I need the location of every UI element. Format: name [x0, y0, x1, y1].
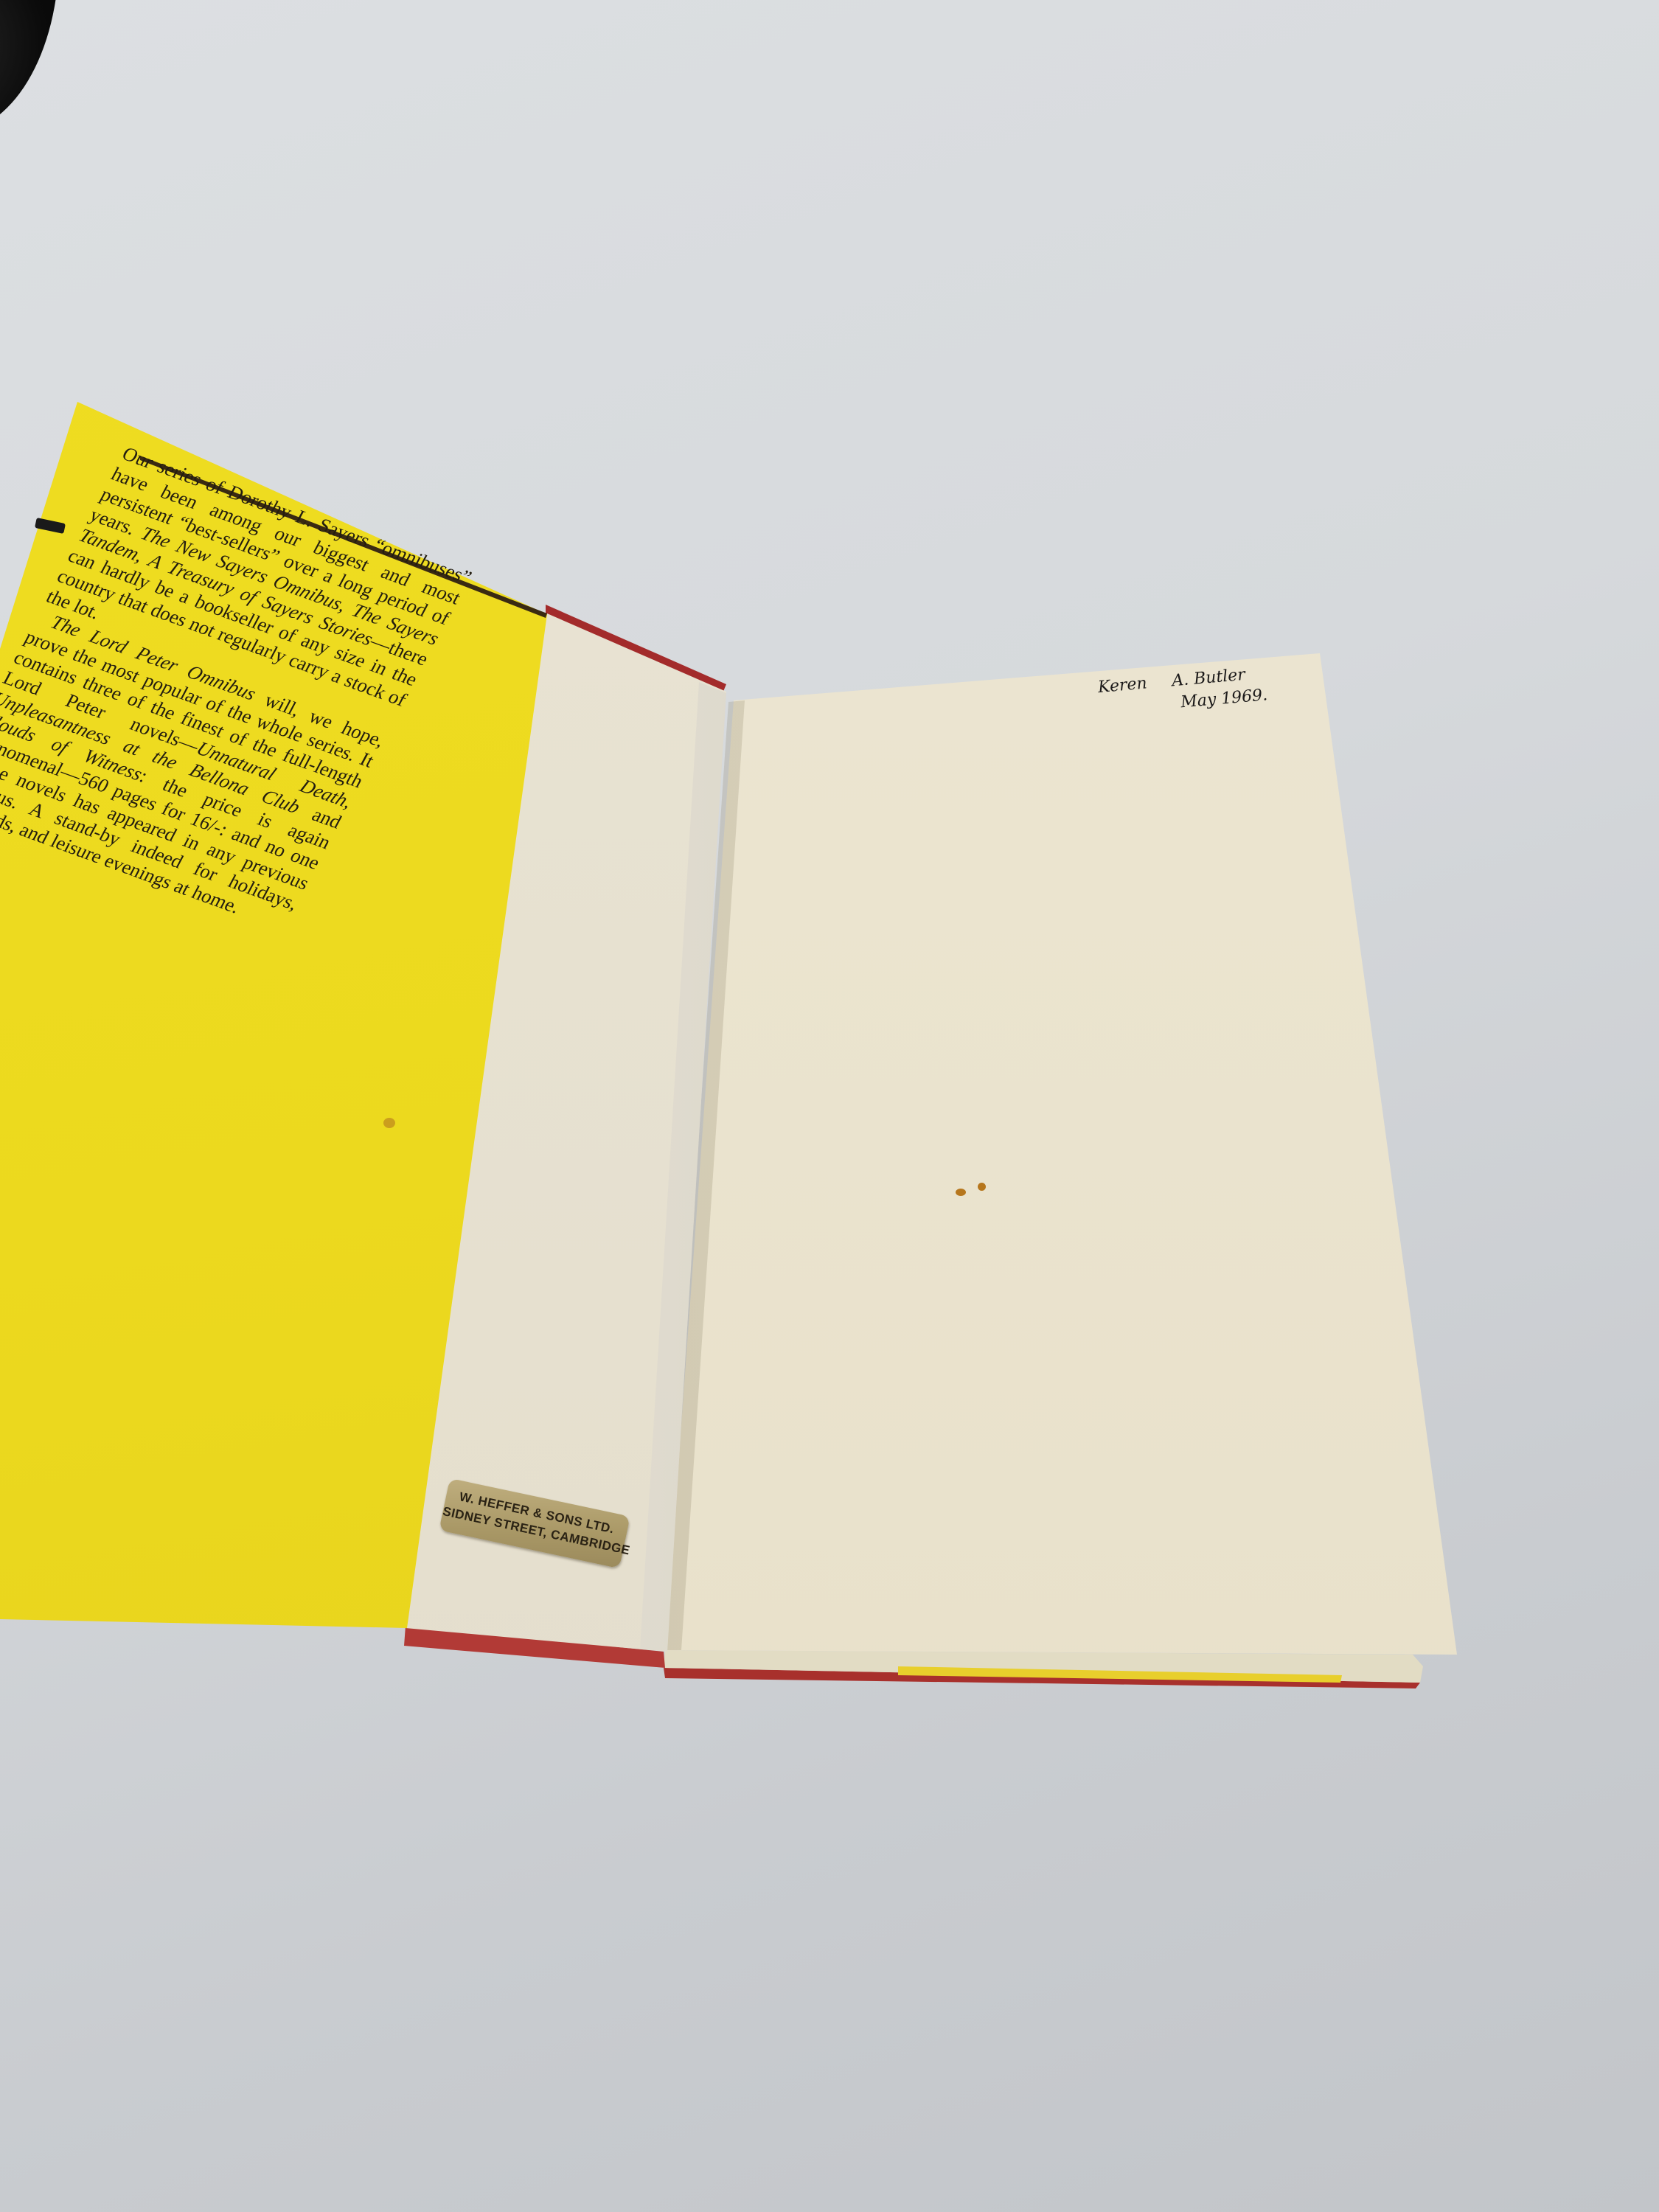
foxing-stain: [383, 1118, 395, 1128]
dark-object-corner: [0, 0, 59, 133]
page-stain: [978, 1183, 986, 1191]
inscription-name: Keren: [1097, 674, 1148, 697]
page-stain: [956, 1189, 966, 1196]
